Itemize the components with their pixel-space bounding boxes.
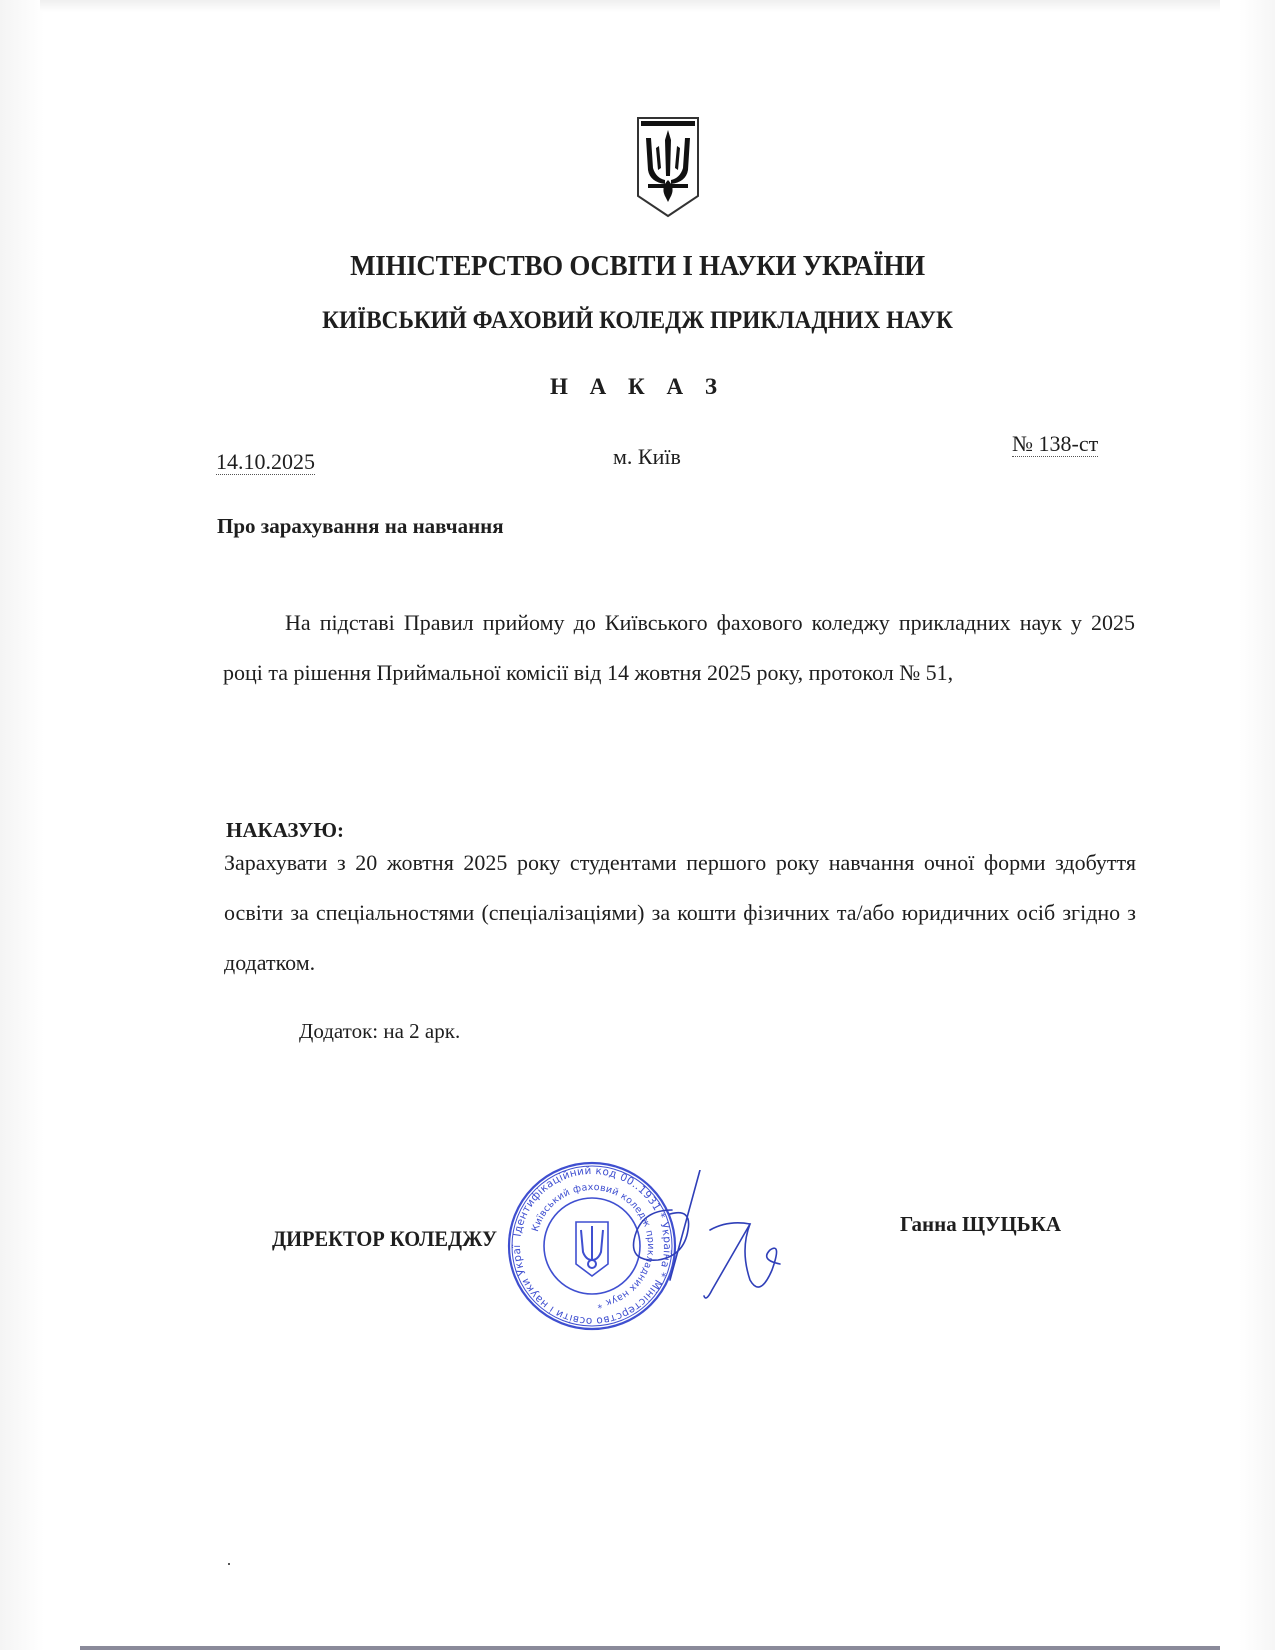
ukraine-coat-of-arms-icon [636,116,700,218]
signer-name: Ганна ЩУЦЬКА [900,1212,1061,1237]
scan-edge-left [0,0,44,1650]
document-type-heading: Н А К А З [0,374,1275,400]
order-number: № 138-ст [1012,432,1098,457]
scan-edge-top [40,0,1220,12]
signer-position: ДИРЕКТОР КОЛЕДЖУ [272,1226,497,1252]
scan-edge-right [1239,0,1275,1650]
appendix-note: Додаток: на 2 арк. [299,1019,460,1044]
scan-speck [228,1563,230,1565]
preamble-paragraph: На підставі Правил прийому до Київського… [223,598,1135,698]
ministry-heading: МІНІСТЕРСТВО ОСВІТИ І НАУКИ УКРАЇНИ [45,250,1231,283]
handwritten-signature [600,1170,830,1330]
scan-edge-bottom [80,1646,1220,1650]
order-city: м. Київ [613,444,681,470]
order-date: 14.10.2025 [216,450,315,475]
institution-heading: КИЇВСЬКИЙ ФАХОВИЙ КОЛЕДЖ ПРИКЛАДНИХ НАУК [45,307,1231,335]
order-paragraph: Зарахувати з 20 жовтня 2025 року студент… [224,838,1136,988]
document-page: МІНІСТЕРСТВО ОСВІТИ І НАУКИ УКРАЇНИ КИЇВ… [0,0,1275,1650]
order-subject: Про зарахування на навчання [217,514,504,539]
